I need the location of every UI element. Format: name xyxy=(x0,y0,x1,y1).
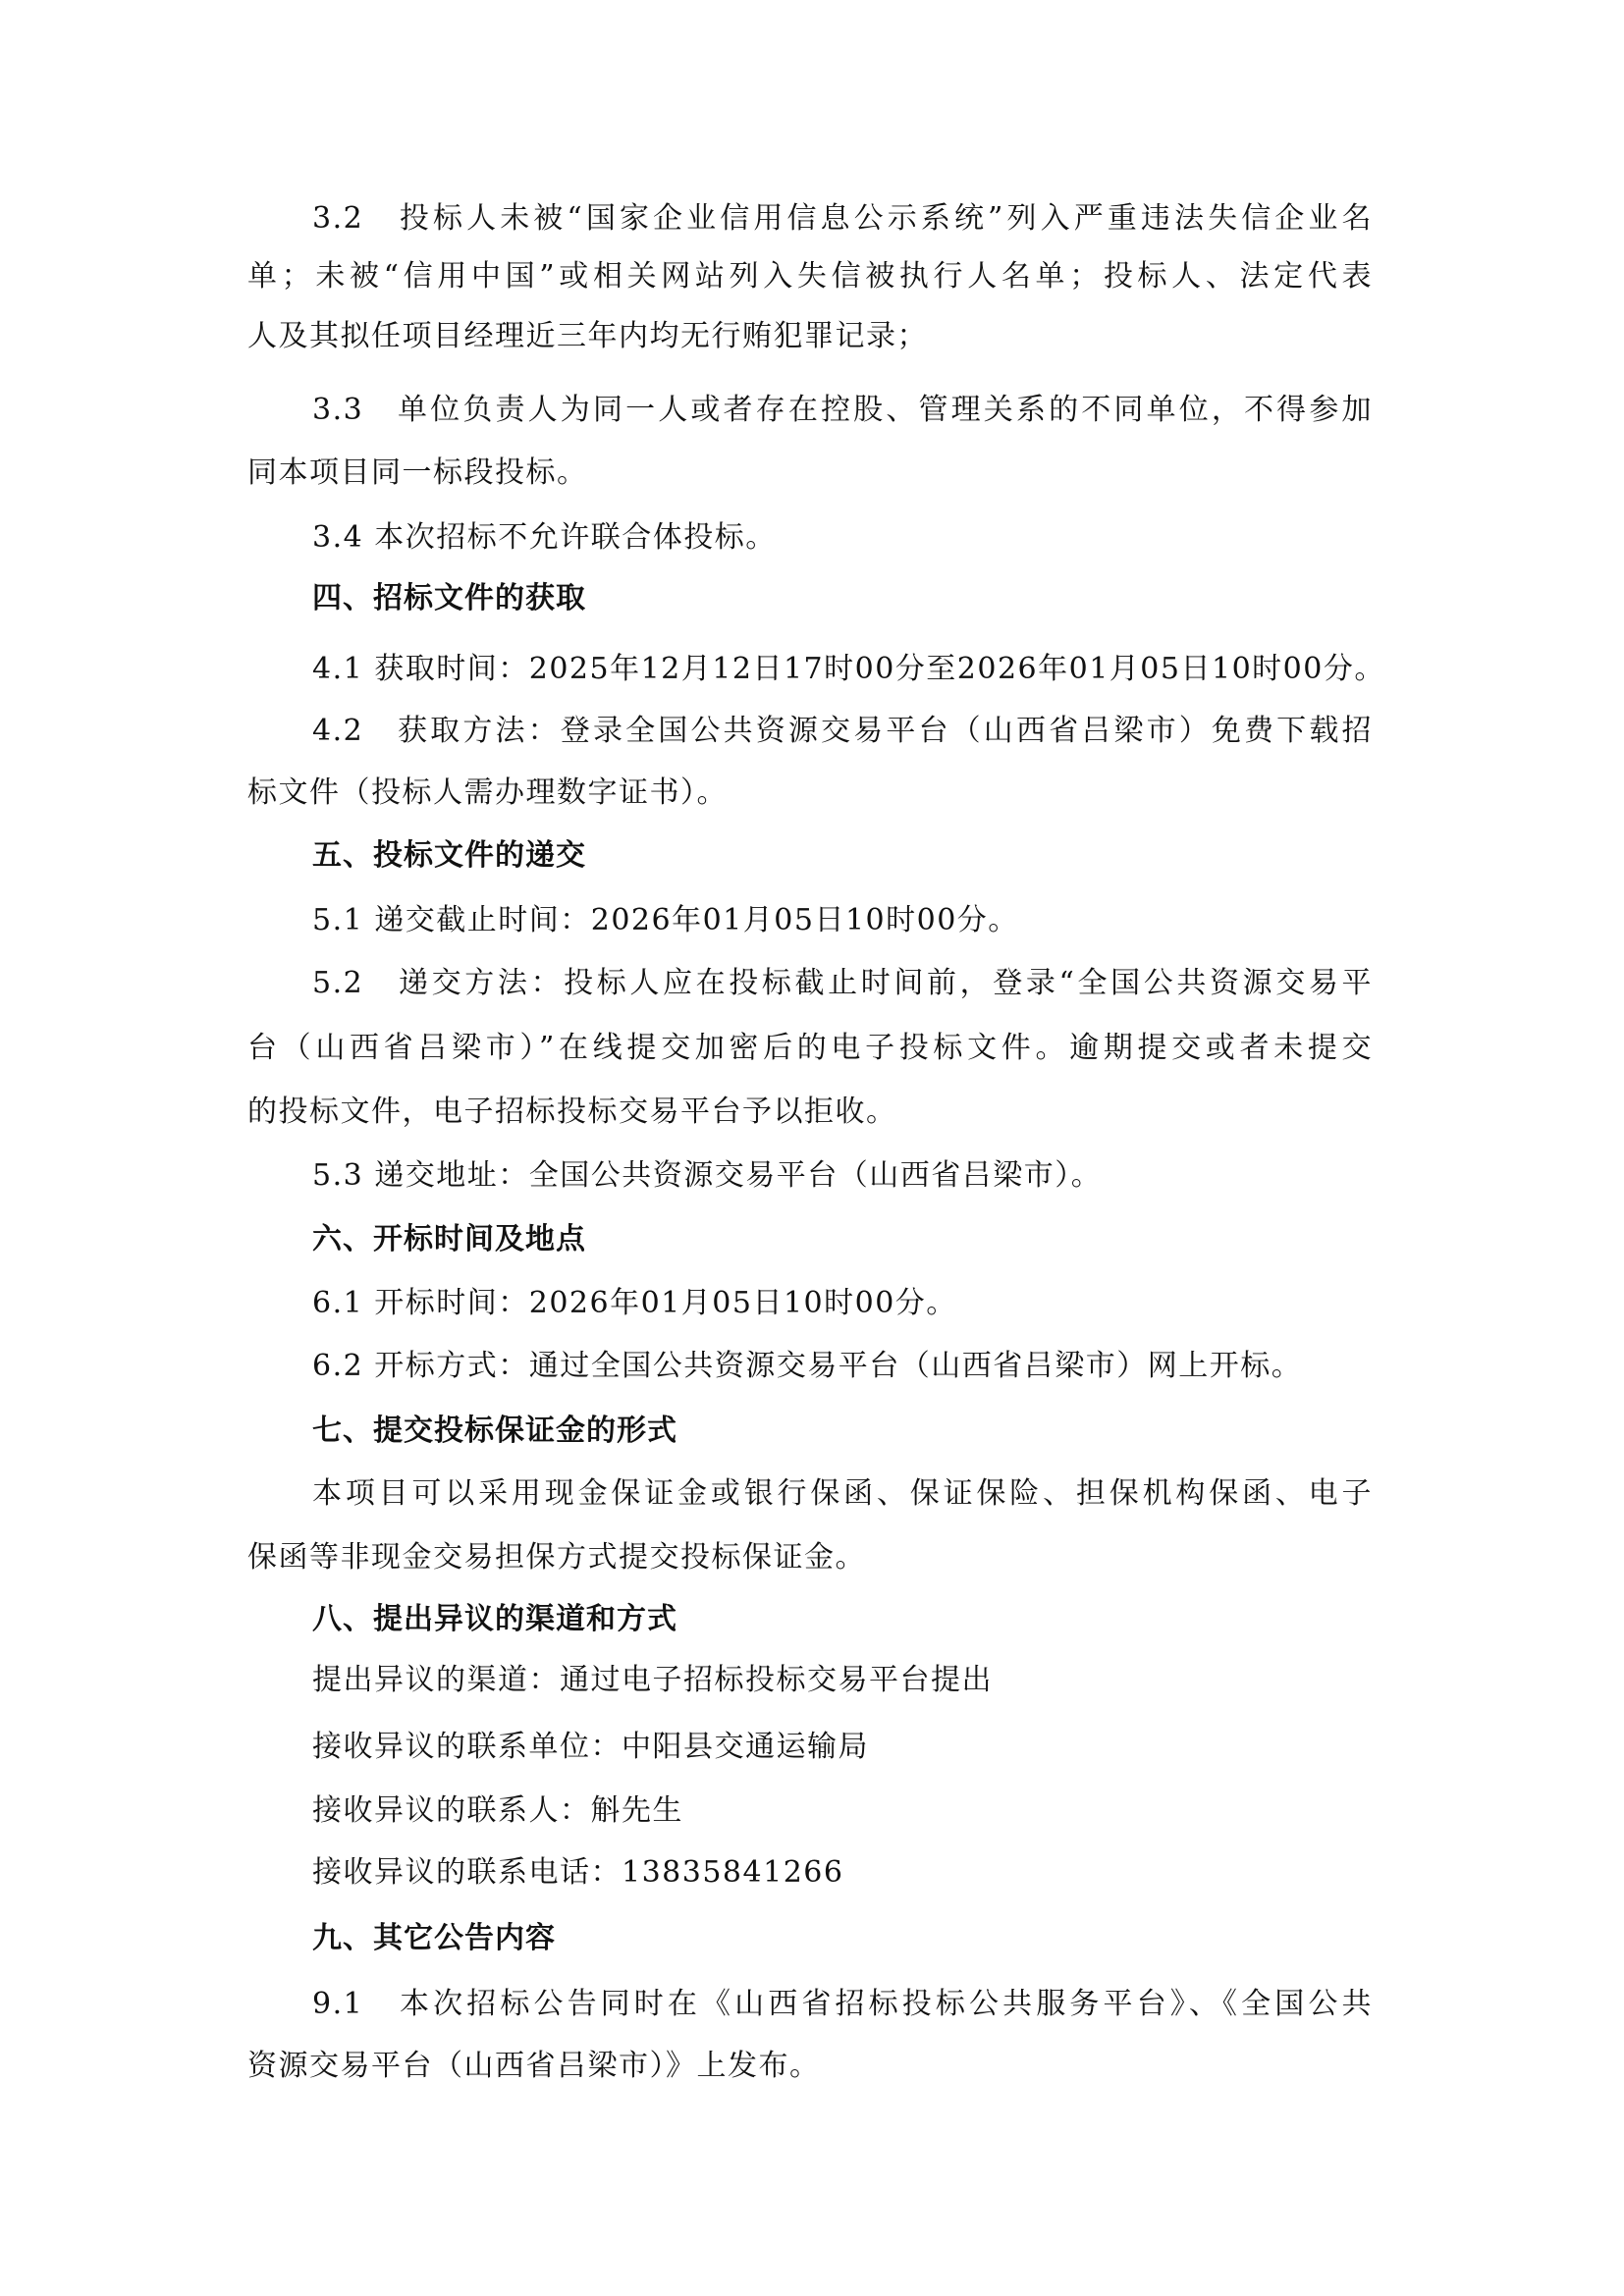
paragraph-line: 6.1 开标时间：2026年01月05日10时00分。 xyxy=(312,1284,1373,1323)
paragraph-line: 接收异议的联系电话：13835841266 xyxy=(312,1853,1373,1893)
paragraph-line: 资源交易平台（山西省吕梁市）》上发布。 xyxy=(247,2047,1373,2086)
section-heading: 八、提出异议的渠道和方式 xyxy=(312,1600,1373,1639)
paragraph-line: 6.2 开标方式：通过全国公共资源交易平台（山西省吕梁市）网上开标。 xyxy=(312,1347,1373,1386)
section-heading: 五、投标文件的递交 xyxy=(312,836,1373,876)
paragraph-line: 接收异议的联系人：斛先生 xyxy=(312,1791,1373,1831)
section-heading: 四、招标文件的获取 xyxy=(312,579,1373,618)
paragraph-line: 5.3 递交地址：全国公共资源交易平台（山西省吕梁市）。 xyxy=(312,1156,1373,1196)
paragraph-line: 4.2 获取方法：登录全国公共资源交易平台（山西省吕梁市）免费下载招 xyxy=(312,712,1373,751)
paragraph-line: 的投标文件，电子招标投标交易平台予以拒收。 xyxy=(247,1093,1373,1132)
paragraph-line: 同本项目同一标段投标。 xyxy=(247,454,1373,493)
paragraph-line: 人及其拟任项目经理近三年内均无行贿犯罪记录； xyxy=(247,317,1373,356)
paragraph-line: 3.2 投标人未被“国家企业信用信息公示系统”列入严重违法失信企业名 xyxy=(312,199,1373,239)
paragraph-line: 3.3 单位负责人为同一人或者存在控股、管理关系的不同单位，不得参加 xyxy=(312,391,1373,430)
section-heading: 七、提交投标保证金的形式 xyxy=(312,1412,1373,1451)
paragraph-line: 3.4 本次招标不允许联合体投标。 xyxy=(312,518,1373,558)
paragraph-line: 提出异议的渠道：通过电子招标投标交易平台提出 xyxy=(312,1661,1373,1700)
section-heading: 六、开标时间及地点 xyxy=(312,1220,1373,1259)
section-heading: 九、其它公告内容 xyxy=(312,1919,1373,1958)
paragraph-line: 5.2 递交方法：投标人应在投标截止时间前，登录“全国公共资源交易平 xyxy=(312,964,1373,1003)
paragraph-line: 标文件（投标人需办理数字证书）。 xyxy=(247,774,1373,813)
paragraph-line: 单；未被“信用中国”或相关网站列入失信被执行人名单；投标人、法定代表 xyxy=(247,257,1373,296)
paragraph-line: 本项目可以采用现金保证金或银行保函、保证保险、担保机构保函、电子 xyxy=(312,1474,1373,1514)
paragraph-line: 接收异议的联系单位：中阳县交通运输局 xyxy=(312,1728,1373,1767)
paragraph-line: 保函等非现金交易担保方式提交投标保证金。 xyxy=(247,1538,1373,1577)
paragraph-line: 台（山西省吕梁市）”在线提交加密后的电子投标文件。逾期提交或者未提交 xyxy=(247,1029,1373,1068)
paragraph-line: 5.1 递交截止时间：2026年01月05日10时00分。 xyxy=(312,901,1373,940)
paragraph-line: 9.1 本次招标公告同时在《山西省招标投标公共服务平台》、《全国公共 xyxy=(312,1985,1373,2024)
document-page: 3.2 投标人未被“国家企业信用信息公示系统”列入严重违法失信企业名单；未被“信… xyxy=(0,0,1624,2296)
paragraph-line: 4.1 获取时间：2025年12月12日17时00分至2026年01月05日10… xyxy=(312,650,1373,689)
